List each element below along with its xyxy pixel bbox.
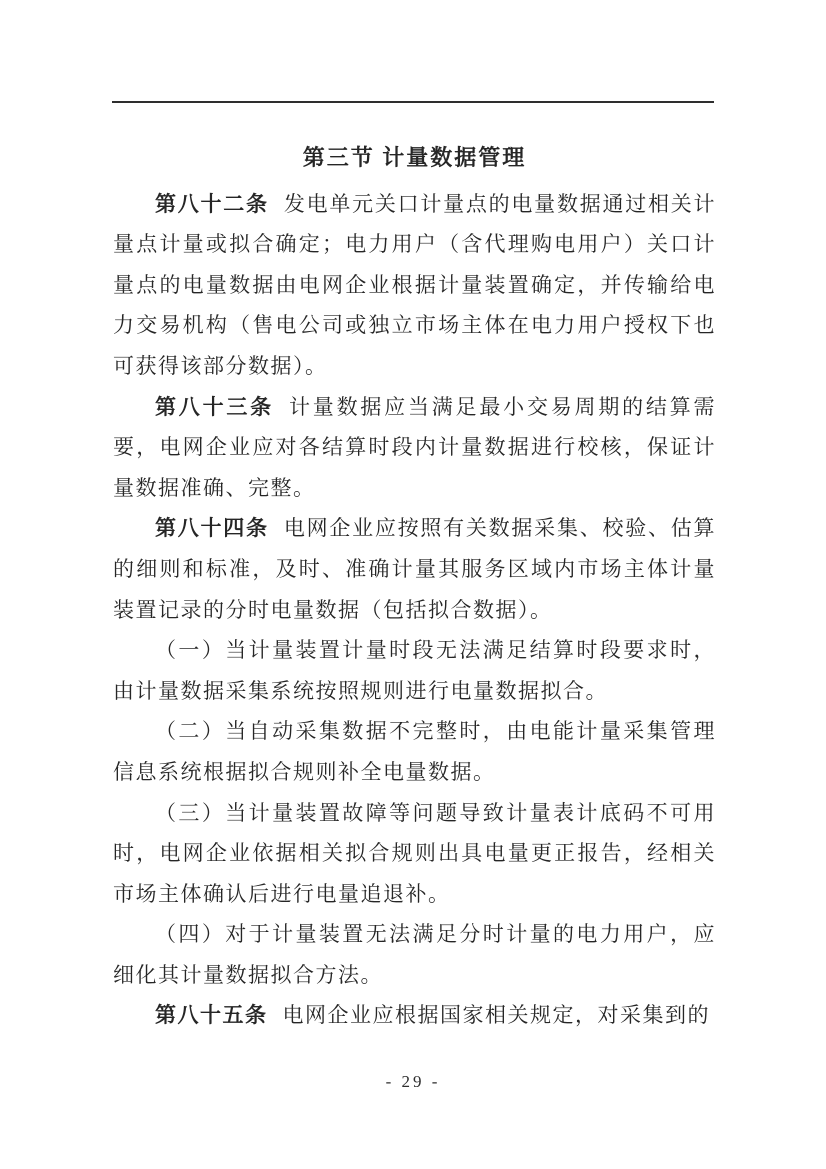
article-text: （三）当计量装置故障等问题导致计量表计底码不可用时，电网企业依据相关拟合规则出具… — [113, 801, 716, 906]
list-item-paragraph: （四）对于计量装置无法满足分时计量的电力用户，应细化其计量数据拟合方法。 — [113, 914, 716, 995]
article-text: （一）当计量装置计量时段无法满足结算时段要求时，由计量数据采集系统按照规则进行电… — [113, 638, 716, 703]
article-text: 发电单元关口计量点的电量数据通过相关计量点计量或拟合确定；电力用户（含代理购电用… — [113, 192, 716, 378]
header-rule — [112, 101, 714, 103]
article-paragraph: 第八十五条电网企业应根据国家相关规定，对采集到的 — [113, 995, 716, 1036]
article-text: （二）当自动采集数据不完整时，由电能计量采集管理信息系统根据拟合规则补全电量数据… — [113, 719, 716, 784]
list-item-paragraph: （三）当计量装置故障等问题导致计量表计底码不可用时，电网企业依据相关拟合规则出具… — [113, 793, 716, 915]
article-paragraph: 第八十二条发电单元关口计量点的电量数据通过相关计量点计量或拟合确定；电力用户（含… — [113, 184, 716, 387]
article-text: （四）对于计量装置无法满足分时计量的电力用户，应细化其计量数据拟合方法。 — [113, 922, 716, 987]
section-title: 第三节 计量数据管理 — [113, 138, 716, 179]
article-number: 第八十四条 — [155, 516, 269, 540]
article-paragraph: 第八十三条计量数据应当满足最小交易周期的结算需要，电网企业应对各结算时段内计量数… — [113, 387, 716, 509]
article-number: 第八十五条 — [155, 1003, 268, 1027]
page-number: - 29 - — [0, 1072, 826, 1092]
article-number: 第八十二条 — [155, 192, 269, 216]
list-item-paragraph: （一）当计量装置计量时段无法满足结算时段要求时，由计量数据采集系统按照规则进行电… — [113, 630, 716, 711]
document-body: 第三节 计量数据管理 第八十二条发电单元关口计量点的电量数据通过相关计量点计量或… — [113, 138, 716, 1036]
article-paragraph: 第八十四条电网企业应按照有关数据采集、校验、估算的细则和标准，及时、准确计量其服… — [113, 508, 716, 630]
document-page: 第三节 计量数据管理 第八十二条发电单元关口计量点的电量数据通过相关计量点计量或… — [0, 0, 826, 1169]
article-number: 第八十三条 — [155, 395, 274, 419]
article-text: 电网企业应根据国家相关规定，对采集到的 — [283, 1003, 711, 1027]
list-item-paragraph: （二）当自动采集数据不完整时，由电能计量采集管理信息系统根据拟合规则补全电量数据… — [113, 711, 716, 792]
